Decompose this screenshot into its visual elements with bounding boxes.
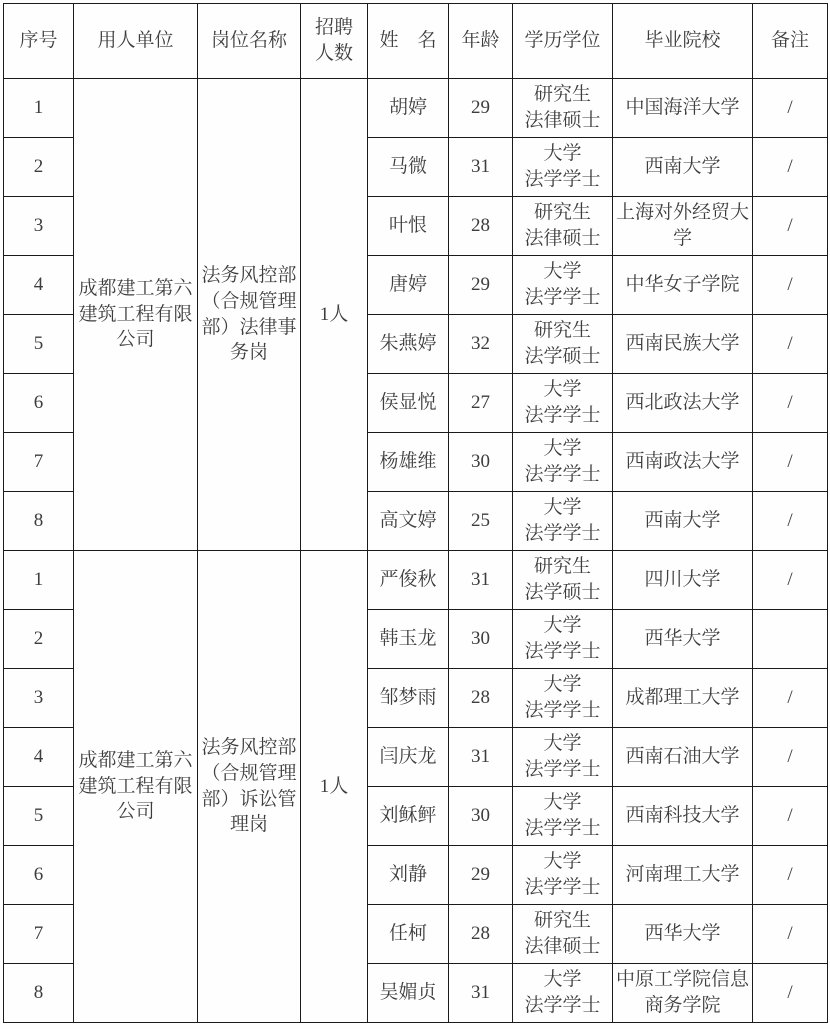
document-page: 序号 用人单位 岗位名称 招聘 人数 姓 名 年龄 学历学位 毕业院校 备注 1…	[0, 0, 830, 1029]
cell-remark: /	[753, 79, 828, 138]
cell-degree: 研究生 法律硕士	[513, 79, 613, 138]
cell-serial: 8	[4, 964, 74, 1023]
cell-school: 西南石油大学	[613, 728, 753, 787]
cell-name: 闫庆龙	[368, 728, 449, 787]
cell-age: 27	[449, 374, 513, 433]
cell-school: 西南大学	[613, 138, 753, 197]
cell-serial: 2	[4, 610, 74, 669]
cell-school: 中原工学院信息 商务学院	[613, 964, 753, 1023]
cell-serial: 7	[4, 433, 74, 492]
cell-name: 刘稣鲆	[368, 787, 449, 846]
cell-degree: 大学 法学学士	[513, 669, 613, 728]
cell-name: 严俊秋	[368, 551, 449, 610]
cell-serial: 3	[4, 669, 74, 728]
cell-name: 刘静	[368, 846, 449, 905]
cell-school: 西华大学	[613, 610, 753, 669]
cell-serial: 4	[4, 728, 74, 787]
cell-school: 上海对外经贸大 学	[613, 197, 753, 256]
cell-school: 河南理工大学	[613, 846, 753, 905]
cell-serial: 6	[4, 846, 74, 905]
cell-serial: 1	[4, 79, 74, 138]
cell-serial: 5	[4, 787, 74, 846]
cell-degree: 大学 法学学士	[513, 964, 613, 1023]
cell-age: 30	[449, 433, 513, 492]
cell-school: 中国海洋大学	[613, 79, 753, 138]
cell-remark: /	[753, 492, 828, 551]
cell-school: 西南民族大学	[613, 315, 753, 374]
cell-name: 邹梦雨	[368, 669, 449, 728]
cell-serial: 2	[4, 138, 74, 197]
cell-remark: /	[753, 905, 828, 964]
cell-remark: /	[753, 669, 828, 728]
cell-age: 28	[449, 905, 513, 964]
col-header-serial: 序号	[4, 4, 74, 79]
cell-degree: 研究生 法律硕士	[513, 197, 613, 256]
cell-employer: 成都建工第六 建筑工程有限 公司	[74, 551, 198, 1023]
cell-name: 唐婷	[368, 256, 449, 315]
cell-remark: /	[753, 964, 828, 1023]
cell-degree: 研究生 法学硕士	[513, 551, 613, 610]
cell-serial: 5	[4, 315, 74, 374]
cell-serial: 4	[4, 256, 74, 315]
col-header-degree: 学历学位	[513, 4, 613, 79]
col-header-remark: 备注	[753, 4, 828, 79]
cell-employer: 成都建工第六 建筑工程有限 公司	[74, 79, 198, 551]
cell-age: 31	[449, 138, 513, 197]
cell-degree: 研究生 法律硕士	[513, 905, 613, 964]
cell-name: 高文婷	[368, 492, 449, 551]
cell-remark	[753, 610, 828, 669]
cell-age: 30	[449, 610, 513, 669]
cell-degree: 大学 法学学士	[513, 374, 613, 433]
cell-school: 西北政法大学	[613, 374, 753, 433]
cell-age: 31	[449, 964, 513, 1023]
col-header-age: 年龄	[449, 4, 513, 79]
cell-serial: 7	[4, 905, 74, 964]
cell-school: 西南大学	[613, 492, 753, 551]
cell-serial: 1	[4, 551, 74, 610]
cell-age: 28	[449, 669, 513, 728]
cell-school: 中华女子学院	[613, 256, 753, 315]
cell-headcount: 1人	[301, 79, 368, 551]
cell-remark: /	[753, 846, 828, 905]
col-header-employer: 用人单位	[74, 4, 198, 79]
cell-age: 32	[449, 315, 513, 374]
cell-age: 29	[449, 846, 513, 905]
cell-remark: /	[753, 728, 828, 787]
col-header-headcount: 招聘 人数	[301, 4, 368, 79]
col-header-position: 岗位名称	[198, 4, 301, 79]
table-row: 1 成都建工第六 建筑工程有限 公司 法务风控部 （合规管理 部）法律事 务岗 …	[4, 79, 828, 138]
cell-degree: 研究生 法学硕士	[513, 315, 613, 374]
col-header-name: 姓 名	[368, 4, 449, 79]
cell-degree: 大学 法学学士	[513, 787, 613, 846]
cell-remark: /	[753, 787, 828, 846]
cell-name: 韩玉龙	[368, 610, 449, 669]
cell-age: 31	[449, 551, 513, 610]
cell-school: 四川大学	[613, 551, 753, 610]
cell-position: 法务风控部 （合规管理 部）法律事 务岗	[198, 79, 301, 551]
cell-position: 法务风控部 （合规管理 部）诉讼管 理岗	[198, 551, 301, 1023]
cell-name: 叶恨	[368, 197, 449, 256]
cell-school: 西南科技大学	[613, 787, 753, 846]
cell-remark: /	[753, 551, 828, 610]
cell-remark: /	[753, 433, 828, 492]
cell-serial: 3	[4, 197, 74, 256]
cell-serial: 6	[4, 374, 74, 433]
col-header-school: 毕业院校	[613, 4, 753, 79]
cell-degree: 大学 法学学士	[513, 728, 613, 787]
cell-age: 25	[449, 492, 513, 551]
cell-name: 朱燕婷	[368, 315, 449, 374]
cell-name: 马微	[368, 138, 449, 197]
cell-degree: 大学 法学学士	[513, 433, 613, 492]
cell-name: 吴媚贞	[368, 964, 449, 1023]
cell-name: 任柯	[368, 905, 449, 964]
cell-remark: /	[753, 315, 828, 374]
cell-age: 28	[449, 197, 513, 256]
cell-degree: 大学 法学学士	[513, 610, 613, 669]
header-row: 序号 用人单位 岗位名称 招聘 人数 姓 名 年龄 学历学位 毕业院校 备注	[4, 4, 828, 79]
cell-degree: 大学 法学学士	[513, 846, 613, 905]
cell-name: 胡婷	[368, 79, 449, 138]
cell-remark: /	[753, 374, 828, 433]
cell-age: 30	[449, 787, 513, 846]
cell-degree: 大学 法学学士	[513, 492, 613, 551]
table-row: 1 成都建工第六 建筑工程有限 公司 法务风控部 （合规管理 部）诉讼管 理岗 …	[4, 551, 828, 610]
cell-serial: 8	[4, 492, 74, 551]
cell-degree: 大学 法学学士	[513, 256, 613, 315]
cell-name: 侯显悦	[368, 374, 449, 433]
cell-degree: 大学 法学学士	[513, 138, 613, 197]
cell-remark: /	[753, 256, 828, 315]
cell-remark: /	[753, 197, 828, 256]
cell-school: 西华大学	[613, 905, 753, 964]
cell-age: 31	[449, 728, 513, 787]
cell-school: 成都理工大学	[613, 669, 753, 728]
cell-age: 29	[449, 256, 513, 315]
cell-name: 杨雄维	[368, 433, 449, 492]
cell-headcount: 1人	[301, 551, 368, 1023]
recruitment-table: 序号 用人单位 岗位名称 招聘 人数 姓 名 年龄 学历学位 毕业院校 备注 1…	[3, 3, 828, 1023]
cell-remark: /	[753, 138, 828, 197]
cell-school: 西南政法大学	[613, 433, 753, 492]
cell-age: 29	[449, 79, 513, 138]
